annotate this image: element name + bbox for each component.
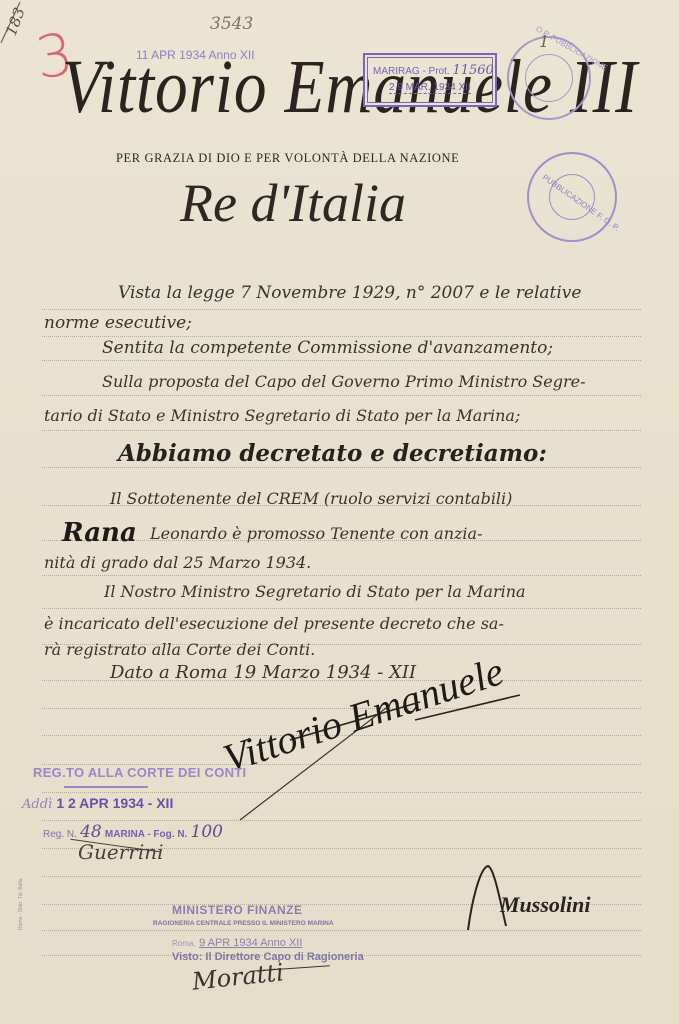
section-label: MARINA - Fog. N. <box>105 829 187 840</box>
ministero-finanze-title: MINISTERO FINANZE <box>172 903 303 917</box>
decree-document: 183 3 3543 11 APR 1934 Anno XII Vittorio… <box>0 0 679 1024</box>
stamp-underline <box>64 786 148 788</box>
preamble-line: Sentita la competente Commissione d'avan… <box>102 338 553 358</box>
place-label: Roma, <box>172 939 196 948</box>
reg-number: 48 <box>80 822 102 842</box>
ministero-finanze-subtitle: RAGIONERIA CENTRALE PRESSO IL MINISTERO … <box>153 920 334 927</box>
preamble-line: Sulla proposta del Capo del Governo Prim… <box>102 372 586 391</box>
royal-title: Re d'Italia <box>180 172 406 234</box>
decree-line: rà registrato alla Corte dei Conti. <box>44 640 315 659</box>
protocol-number: 11560 <box>452 63 493 78</box>
marirag-label: MARIRAG - Prot. <box>373 66 450 77</box>
decree-line: è incaricato dell'esecuzione del present… <box>44 614 504 633</box>
corte-conti-date-row: Addì 1 2 APR 1934 - XII <box>22 795 173 812</box>
pubblicazione-stamp: PUBBLICAZIONE F. O. P. <box>527 152 617 242</box>
marirag-date: 2 9 MAR. 1934 XII <box>389 82 471 94</box>
ragioneria-signature: Moratti <box>191 958 285 995</box>
ruled-line <box>42 395 641 396</box>
ruled-line <box>42 467 641 468</box>
ministero-date-row: Roma, 9 APR 1934 Anno XII <box>172 936 302 949</box>
preamble-line: tario di Stato e Ministro Segretario di … <box>44 406 520 425</box>
ruled-line <box>42 336 641 337</box>
preamble-line: norme esecutive; <box>44 313 192 333</box>
ruled-line <box>42 575 641 576</box>
decree-line: Il Nostro Ministro Segretario di Stato p… <box>104 582 526 601</box>
registrar-signature: Guerrini <box>78 840 164 864</box>
ruled-line <box>42 608 641 609</box>
minister-signature: Mussolini <box>500 892 591 918</box>
ruled-line <box>42 430 641 431</box>
decree-line: Leonardo è promosso Tenente con anzia- <box>150 524 482 543</box>
corte-conti-title: REG.TO ALLA CORTE DEI CONTI <box>33 765 246 780</box>
decree-line: Il Sottotenente del CREM (ruolo servizi … <box>110 489 512 508</box>
decree-heading: Abbiamo decretato e decretiamo: <box>118 440 547 467</box>
printer-imprint: Roma - Stab. Tip. Bella <box>18 879 24 930</box>
decree-line: nità di grado dal 25 Marzo 1934. <box>44 553 311 572</box>
ministero-date: 9 APR 1934 Anno XII <box>199 937 302 949</box>
date-label: Addì <box>22 797 52 812</box>
marirag-protocol-stamp: MARIRAG - Prot. 11560 2 9 MAR. 1934 XII <box>363 53 497 107</box>
circle-stamp-mark: 1 <box>539 32 549 51</box>
surname: Rana <box>62 518 137 548</box>
ruled-line <box>42 360 641 361</box>
archive-number: 3543 <box>210 14 253 34</box>
circle-stamp-top: O.P. PUBBLICAZIONE 1 <box>507 36 591 120</box>
registration-date: 1 2 APR 1934 - XII <box>56 795 173 811</box>
ruled-line <box>42 309 641 310</box>
preamble-line: Vista la legge 7 Novembre 1929, n° 2007 … <box>118 283 581 303</box>
sheet-number: 100 <box>191 822 223 842</box>
formula-line: PER GRAZIA DI DIO E PER VOLONTÀ DELLA NA… <box>116 151 459 166</box>
